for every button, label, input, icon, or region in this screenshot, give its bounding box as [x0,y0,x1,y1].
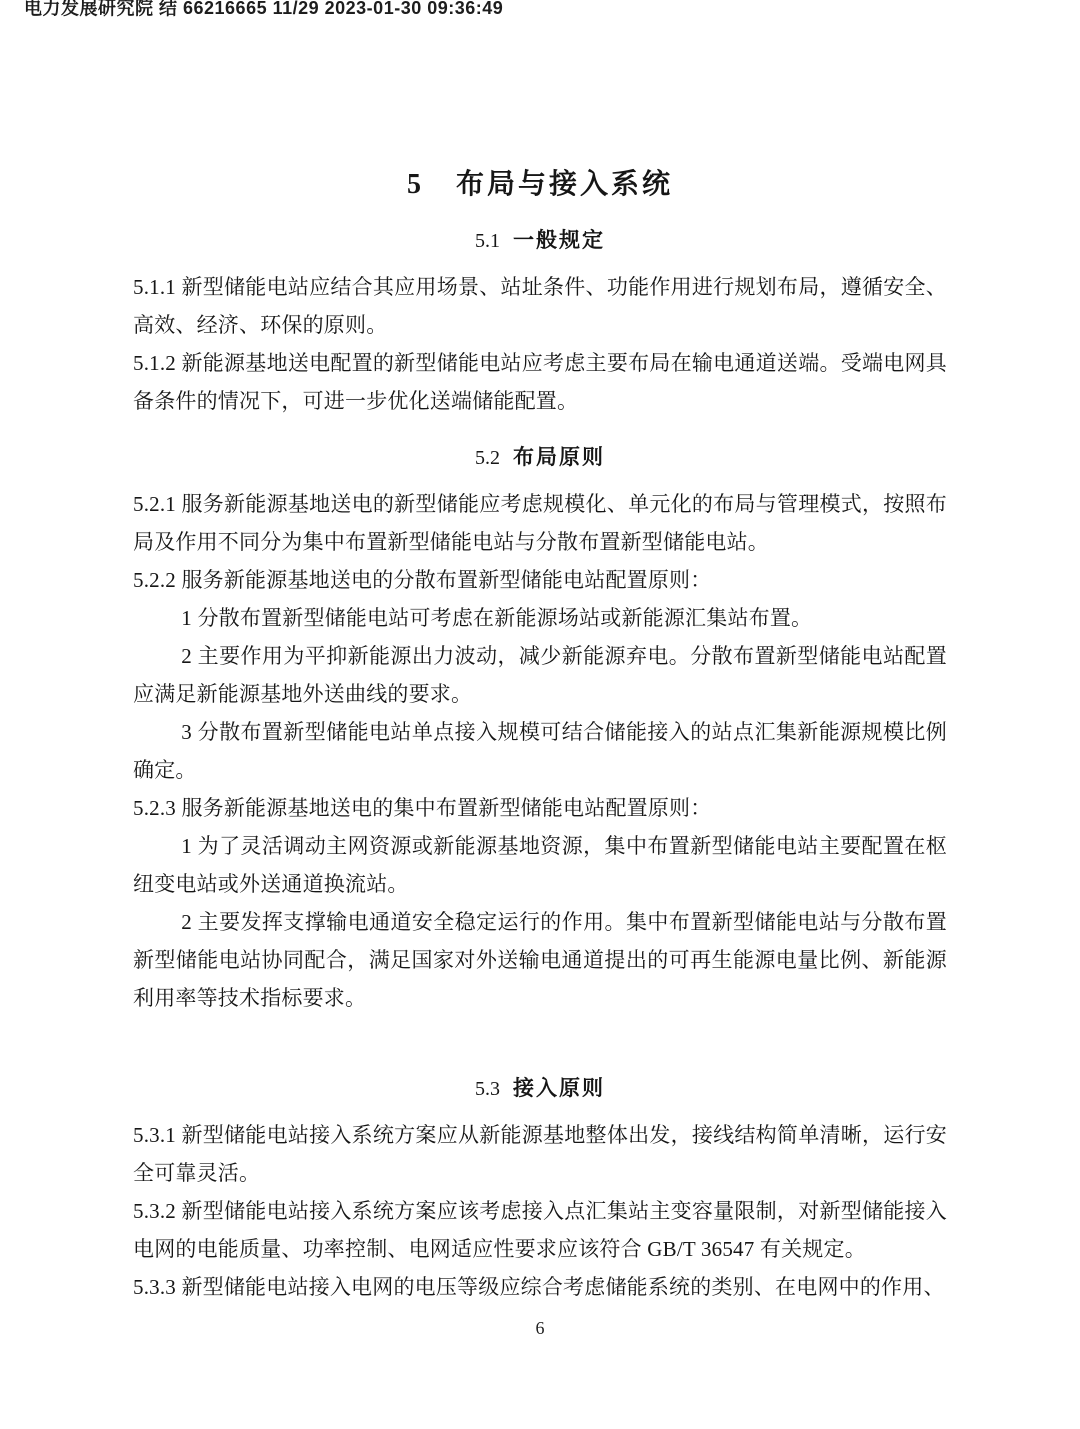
section-title-text: 一般规定 [513,229,605,252]
section-title-text: 接入原则 [513,1077,605,1100]
section-number: 5.3 [475,1078,500,1100]
section-title-text: 布局原则 [513,446,605,469]
list-item: 2 主要作用为平抑新能源出力波动，减少新能源弃电。分散布置新型储能电站配置应满足… [133,637,947,713]
list-item: 2 主要发挥支撑输电通道安全稳定运行的作用。集中布置新型储能电站与分散布置新型储… [133,903,947,1017]
list-item: 1 分散布置新型储能电站可考虑在新能源场站或新能源汇集站布置。 [133,599,947,637]
page-number: 6 [0,1318,1080,1339]
section-heading: 5.1一般规定 [133,225,947,256]
paragraph: 5.3.1 新型储能电站接入系统方案应从新能源基地整体出发，接线结构简单清晰，运… [133,1116,947,1192]
paragraph: 5.1.2 新能源基地送电配置的新型储能电站应考虑主要布局在输电通道送端。受端电… [133,344,947,420]
chapter-title-text: 布局与接入系统 [456,168,673,199]
paragraph: 5.3.2 新型储能电站接入系统方案应该考虑接入点汇集站主变容量限制，对新型储能… [133,1192,947,1268]
scan-stamp-watermark: 电力发展研究院 结 66216665 11/29 2023-01-30 09:3… [24,0,503,20]
chapter-number: 5 [407,169,421,200]
paragraph: 5.2.1 服务新能源基地送电的新型储能应考虑规模化、单元化的布局与管理模式，按… [133,485,947,561]
paragraph: 5.2.3 服务新能源基地送电的集中布置新型储能电站配置原则： [133,789,947,827]
list-item: 1 为了灵活调动主网资源或新能源基地资源，集中布置新型储能电站主要配置在枢纽变电… [133,827,947,903]
section-number: 5.1 [475,230,500,252]
section-number: 5.2 [475,447,500,469]
list-item: 3 分散布置新型储能电站单点接入规模可结合储能接入的站点汇集新能源规模比例确定。 [133,713,947,789]
section-heading: 5.2布局原则 [133,442,947,473]
section-heading: 5.3接入原则 [133,1073,947,1104]
document-body: 5.1一般规定5.1.1 新型储能电站应结合其应用场景、站址条件、功能作用进行规… [133,225,947,1306]
paragraph: 5.2.2 服务新能源基地送电的分散布置新型储能电站配置原则： [133,561,947,599]
paragraph: 5.3.3 新型储能电站接入电网的电压等级应综合考虑储能系统的类别、在电网中的作… [133,1268,947,1306]
chapter-title: 5 布局与接入系统 [133,166,947,203]
document-page: 电力发展研究院 结 66216665 11/29 2023-01-30 09:3… [0,0,1080,1429]
paragraph: 5.1.1 新型储能电站应结合其应用场景、站址条件、功能作用进行规划布局，遵循安… [133,268,947,344]
